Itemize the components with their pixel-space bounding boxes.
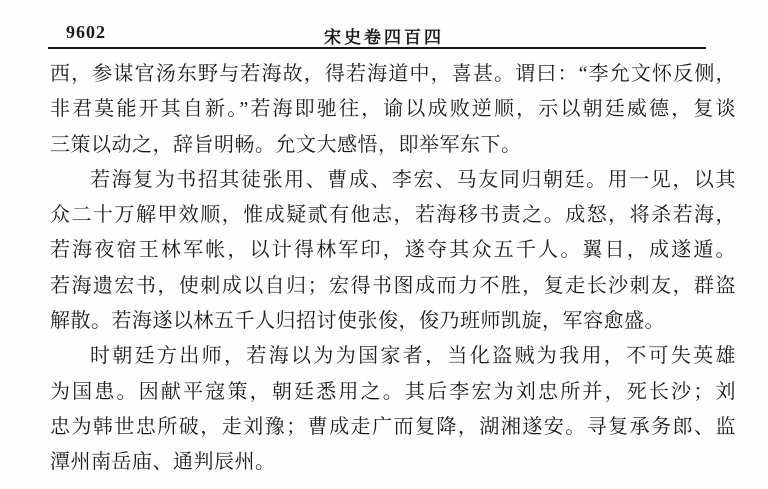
text-line: 为国患。因献平寇策，朝廷悉用之。其后李宏为刘忠所并，死长沙；刘 [50, 375, 736, 410]
text-line: 时朝廷方出师，若海以为为国家者，当化盗贼为我用，不可失英雄 [50, 339, 736, 374]
scanned-book-page: 9602 宋史卷四百四 西，参谋官汤东野与若海故，得若海道中，喜甚。谓曰：“李允… [0, 0, 768, 489]
running-title: 宋史卷四百四 [0, 23, 768, 48]
text-line: 若海夜宿王林军帐，以计得林军印，遂夺其众五千人。翼日，成遂遁。 [50, 233, 736, 268]
page-body: 西，参谋官汤东野与若海故，得若海道中，喜甚。谓曰：“李允文怀反侧， 非君莫能开其… [50, 57, 736, 481]
text-line: 忠为韩世忠所破，走刘豫；曹成走广而复降，湖湘遂安。寻复承务郎、监 [50, 410, 736, 445]
text-line: 非君莫能开其自新。”若海即驰往，谕以成败逆顺，示以朝廷威德，复谈 [50, 92, 736, 127]
text-line: 西，参谋官汤东野与若海故，得若海道中，喜甚。谓曰：“李允文怀反侧， [50, 57, 736, 92]
text-line: 潭州南岳庙、通判辰州。 [50, 445, 736, 480]
text-line: 解散。若海遂以林五千人归招讨使张俊，俊乃班师凯旋，军容愈盛。 [50, 304, 736, 339]
text-line: 三策以动之，辞旨明畅。允文大感悟，即举军东下。 [50, 128, 736, 163]
text-line: 若海遗宏书，使刺成以自归；宏得书图成而力不胜，复走长沙刺友，群盗 [50, 269, 736, 304]
text-line: 若海复为书招其徒张用、曹成、李宏、马友同归朝廷。用一见，以其 [50, 163, 736, 198]
header-rule [48, 47, 706, 49]
text-line: 众二十万解甲效顺，惟成疑贰有他志，若海移书责之。成怒，将杀若海， [50, 198, 736, 233]
